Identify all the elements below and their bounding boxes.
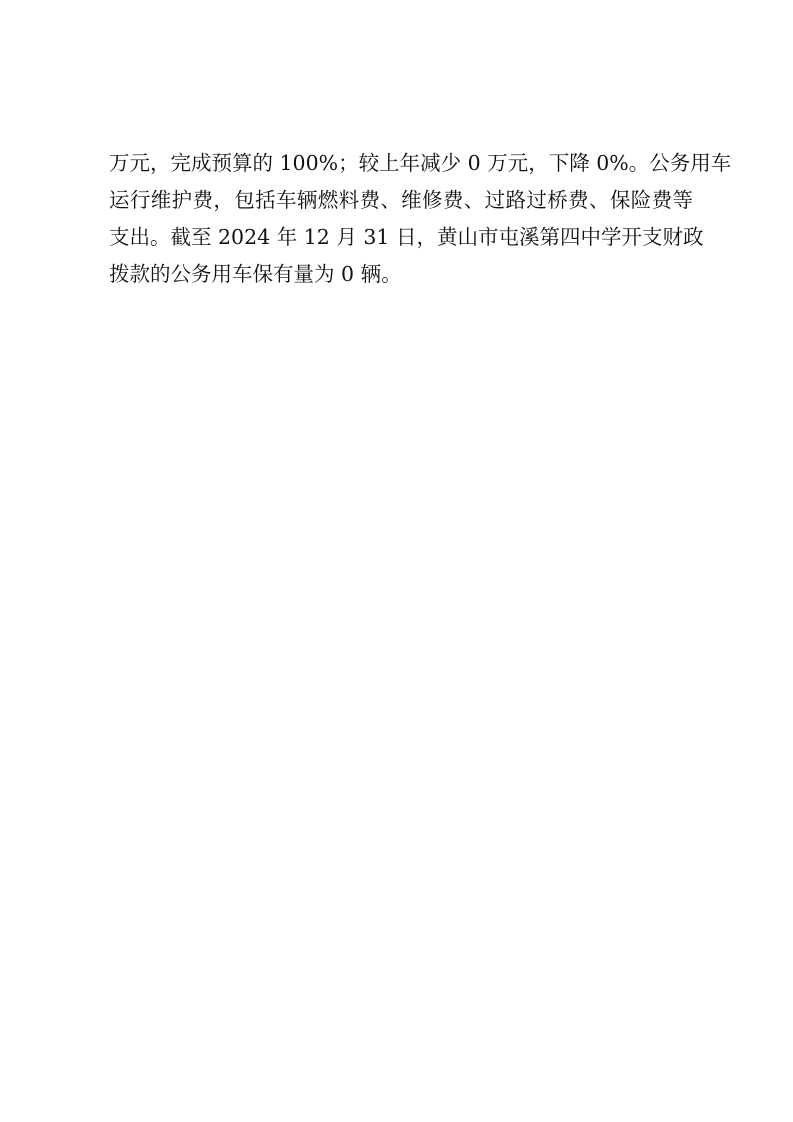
paragraph-line: 运行维护费，包括车辆燃料费、维修费、过路过桥费、保险费等 — [109, 182, 693, 219]
paragraph-line: 支出。截至 2024 年 12 月 31 日，黄山市屯溪第四中学开支财政 — [109, 219, 693, 256]
paragraph-line: 万元，完成预算的 100%；较上年减少 0 万元，下降 0%。公务用车 — [109, 145, 693, 182]
document-page: 万元，完成预算的 100%；较上年减少 0 万元，下降 0%。公务用车 运行维护… — [0, 0, 793, 1122]
body-paragraph: 万元，完成预算的 100%；较上年减少 0 万元，下降 0%。公务用车 运行维护… — [109, 145, 693, 293]
paragraph-line: 拨款的公务用车保有量为 0 辆。 — [109, 256, 693, 293]
